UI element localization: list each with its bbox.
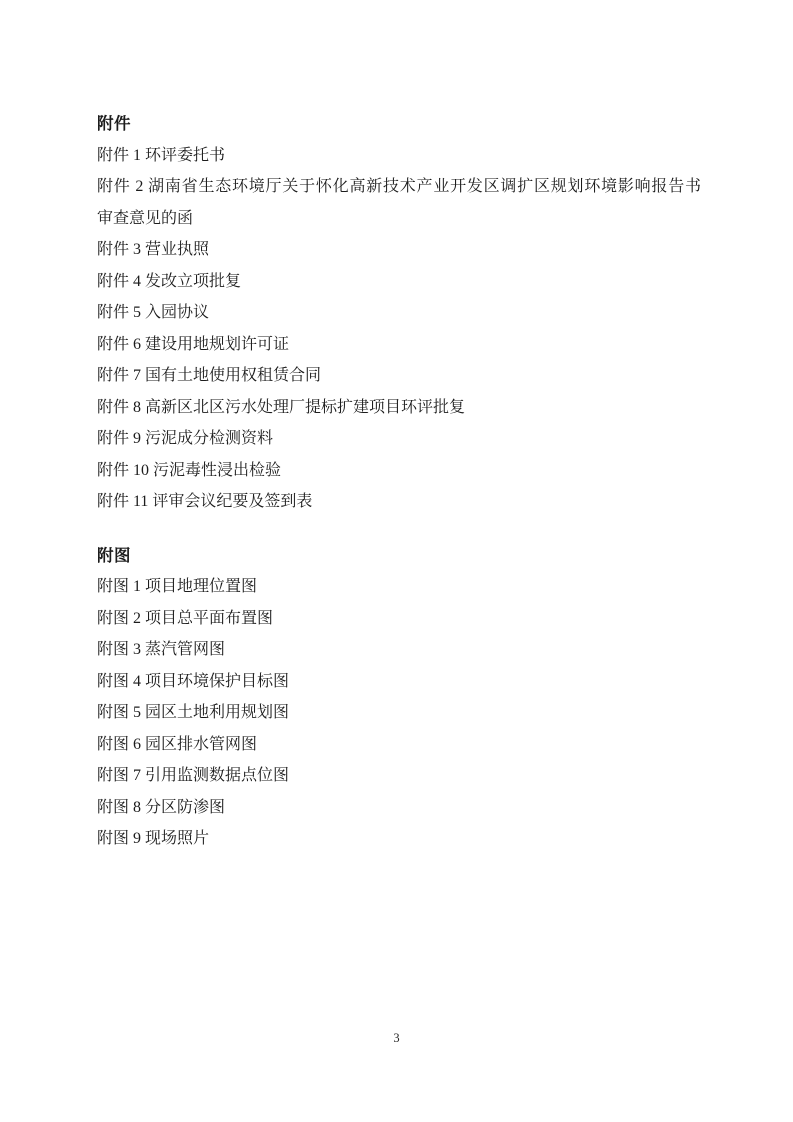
figure-item: 附图 3 蒸汽管网图 bbox=[97, 634, 701, 666]
attachment-item: 附件 5 入园协议 bbox=[97, 297, 701, 329]
document-page: 附件 附件 1 环评委托书 附件 2 湖南省生态环境厅关于怀化高新技术产业开发区… bbox=[0, 0, 793, 1122]
figure-item: 附图 1 项目地理位置图 bbox=[97, 571, 701, 603]
page-number: 3 bbox=[0, 1031, 793, 1046]
attachment-item: 附件 1 环评委托书 bbox=[97, 140, 701, 172]
attachment-item-continuation: 审查意见的函 bbox=[97, 203, 701, 235]
figure-item: 附图 7 引用监测数据点位图 bbox=[97, 760, 701, 792]
attachment-item: 附件 2 湖南省生态环境厅关于怀化高新技术产业开发区调扩区规划环境影响报告书 bbox=[97, 171, 701, 203]
attachment-item: 附件 8 高新区北区污水处理厂提标扩建项目环评批复 bbox=[97, 392, 701, 424]
figure-item: 附图 9 现场照片 bbox=[97, 823, 701, 855]
attachments-heading: 附件 bbox=[97, 108, 701, 140]
figure-item: 附图 2 项目总平面布置图 bbox=[97, 603, 701, 635]
figure-item: 附图 5 园区土地利用规划图 bbox=[97, 697, 701, 729]
page-content: 附件 附件 1 环评委托书 附件 2 湖南省生态环境厅关于怀化高新技术产业开发区… bbox=[97, 108, 701, 855]
figure-item: 附图 6 园区排水管网图 bbox=[97, 729, 701, 761]
figure-item: 附图 8 分区防渗图 bbox=[97, 792, 701, 824]
attachment-item: 附件 3 营业执照 bbox=[97, 234, 701, 266]
attachment-item: 附件 9 污泥成分检测资料 bbox=[97, 423, 701, 455]
figure-item: 附图 4 项目环境保护目标图 bbox=[97, 666, 701, 698]
attachment-item: 附件 7 国有土地使用权租赁合同 bbox=[97, 360, 701, 392]
figures-heading: 附图 bbox=[97, 540, 701, 572]
attachment-item: 附件 6 建设用地规划许可证 bbox=[97, 329, 701, 361]
attachment-item: 附件 10 污泥毒性浸出检验 bbox=[97, 455, 701, 487]
attachment-item: 附件 4 发改立项批复 bbox=[97, 266, 701, 298]
attachment-item: 附件 11 评审会议纪要及签到表 bbox=[97, 486, 701, 518]
